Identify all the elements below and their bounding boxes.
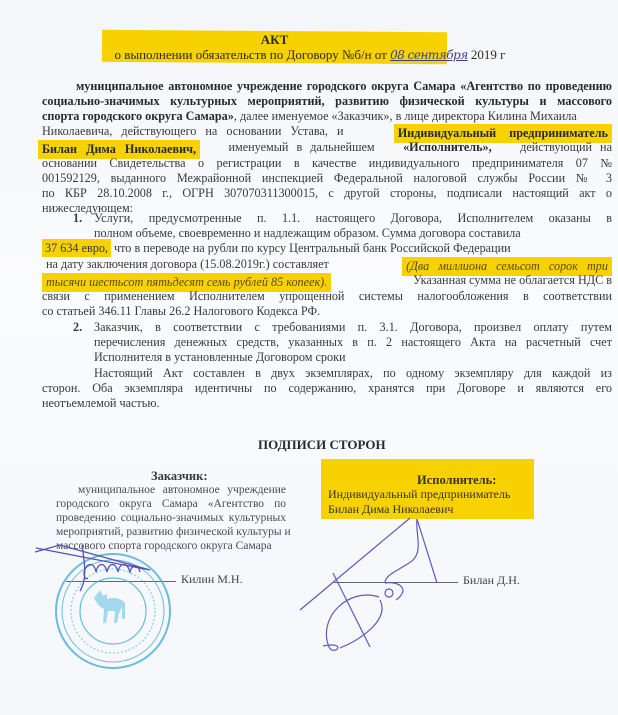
round-stamp-icon	[56, 554, 170, 668]
stamp-and-signatures	[0, 0, 618, 715]
document-page: АКТ о выполнении обязательств по Договор…	[0, 0, 618, 715]
executor-signature-icon	[300, 518, 437, 650]
